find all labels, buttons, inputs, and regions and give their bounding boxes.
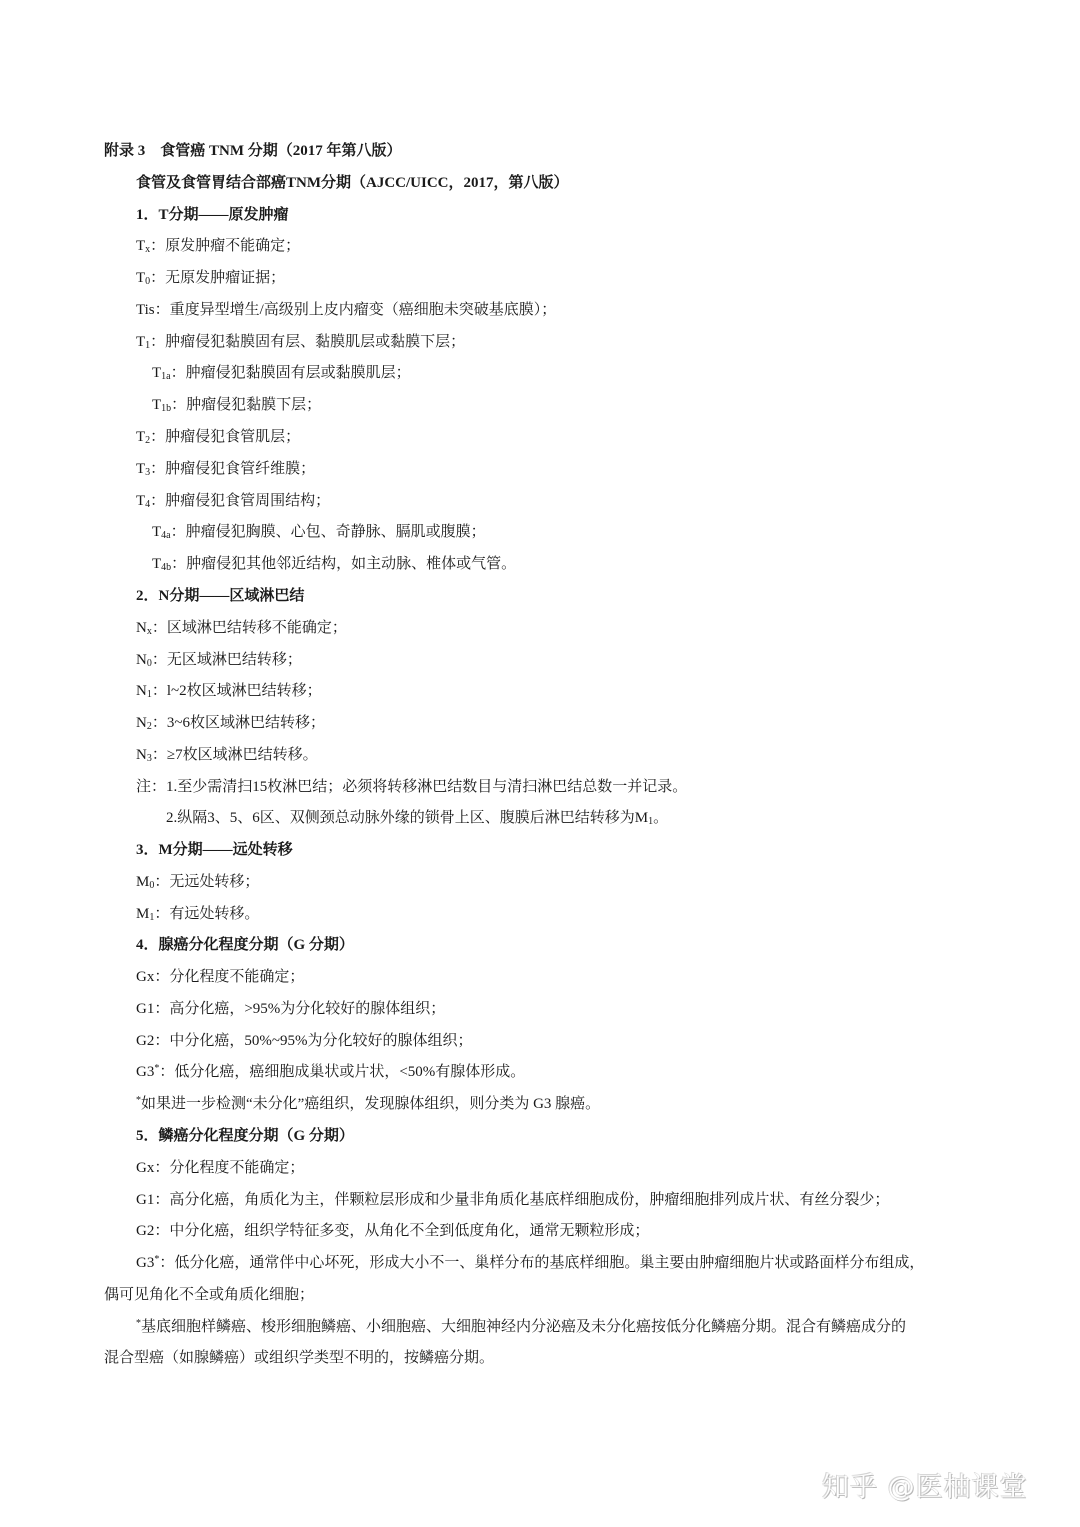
n-item: N2：3~6枚区域淋巴结转移； xyxy=(136,713,325,733)
g-squamous-item: G3*：低分化癌，通常伴中心坏死，形成大小不一、巢样分布的基底样细胞。巢主要由肿… xyxy=(136,1253,924,1273)
m-item: M0：无远处转移； xyxy=(136,872,259,892)
t-item: Tis：重度异型增生/高级别上皮内瘤变（癌细胞未突破基底膜）； xyxy=(136,300,556,320)
section-heading-m: 3．M分期——远处转移 xyxy=(136,840,293,860)
g-squamous-footnote-line1: *基底细胞样鳞癌、梭形细胞鳞癌、小细胞癌、大细胞神经内分泌癌及未分化癌按低分化鳞… xyxy=(136,1317,906,1337)
g-squamous-g3-continuation: 偶可见角化不全或角质化细胞； xyxy=(104,1285,314,1305)
g-adeno-footnote: *如果进一步检测“未分化”癌组织，发现腺体组织，则分类为 G3 腺癌。 xyxy=(136,1094,600,1114)
n-item: N3：≥7枚区域淋巴结转移。 xyxy=(136,745,318,765)
section-heading-t: 1．T分期——原发肿瘤 xyxy=(136,205,289,225)
g-squamous-item: G1：高分化癌，角质化为主，伴颗粒层形成和少量非角质化基底样细胞成份，肿瘤细胞排… xyxy=(136,1190,889,1210)
t-item: T1b：肿瘤侵犯黏膜下层； xyxy=(152,395,321,415)
t-item: T1a：肿瘤侵犯黏膜固有层或黏膜肌层； xyxy=(152,363,411,383)
n-item: N0：无区域淋巴结转移； xyxy=(136,650,302,670)
g-squamous-footnote-line2: 混合型癌（如腺鳞癌）或组织学类型不明的，按鳞癌分期。 xyxy=(104,1348,494,1368)
m-item: M1：有远处转移。 xyxy=(136,904,259,924)
t-item: T3：肿瘤侵犯食管纤维膜； xyxy=(136,459,315,479)
g-adeno-item: Gx：分化程度不能确定； xyxy=(136,967,304,987)
zhihu-watermark: 知乎 @医柚课堂 xyxy=(822,1465,1028,1504)
t-item: T0：无原发肿瘤证据； xyxy=(136,268,285,288)
document-page: 附录 3 食管癌 TNM 分期（2017 年第八版） 食管及食管胃结合部癌TNM… xyxy=(0,0,1080,1527)
t-item: T4b：肿瘤侵犯其他邻近结构，如主动脉、椎体或气管。 xyxy=(152,554,516,574)
g-squamous-item: Gx：分化程度不能确定； xyxy=(136,1158,304,1178)
appendix-title: 附录 3 食管癌 TNM 分期（2017 年第八版） xyxy=(104,141,402,161)
n-note-2: 2.纵隔3、5、6区、双侧颈总动脉外缘的锁骨上区、腹膜后淋巴结转移为M1。 xyxy=(166,808,668,828)
n-item: N1：l~2枚区域淋巴结转移； xyxy=(136,681,322,701)
section-heading-n: 2．N分期——区域淋巴结 xyxy=(136,586,304,606)
g-adeno-item: G2：中分化癌，50%~95%为分化较好的腺体组织； xyxy=(136,1031,472,1051)
section-heading-g-adeno: 4．腺癌分化程度分期（G 分期） xyxy=(136,935,354,955)
g-adeno-item: G3*：低分化癌，癌细胞成巢状或片状，<50%有腺体形成。 xyxy=(136,1062,525,1082)
document-subtitle: 食管及食管胃结合部癌TNM分期（AJCC/UICC，2017，第八版） xyxy=(136,173,569,193)
section-heading-g-squamous: 5．鳞癌分化程度分期（G 分期） xyxy=(136,1126,354,1146)
g-adeno-item: G1：高分化癌，>95%为分化较好的腺体组织； xyxy=(136,999,445,1019)
g-squamous-item: G2：中分化癌，组织学特征多变，从角化不全到低度角化，通常无颗粒形成； xyxy=(136,1221,649,1241)
t-item: T4a：肿瘤侵犯胸膜、心包、奇静脉、膈肌或腹膜； xyxy=(152,522,486,542)
n-note-1: 注：1.至少需清扫15枚淋巴结；必须将转移淋巴结数目与清扫淋巴结总数一并记录。 xyxy=(136,777,687,797)
t-item: T2：肿瘤侵犯食管肌层； xyxy=(136,427,300,447)
t-item: Tx：原发肿瘤不能确定； xyxy=(136,236,300,256)
t-item: T4：肿瘤侵犯食管周围结构； xyxy=(136,491,330,511)
n-item: Nx：区域淋巴结转移不能确定； xyxy=(136,618,347,638)
t-item: T1：肿瘤侵犯黏膜固有层、黏膜肌层或黏膜下层； xyxy=(136,332,465,352)
